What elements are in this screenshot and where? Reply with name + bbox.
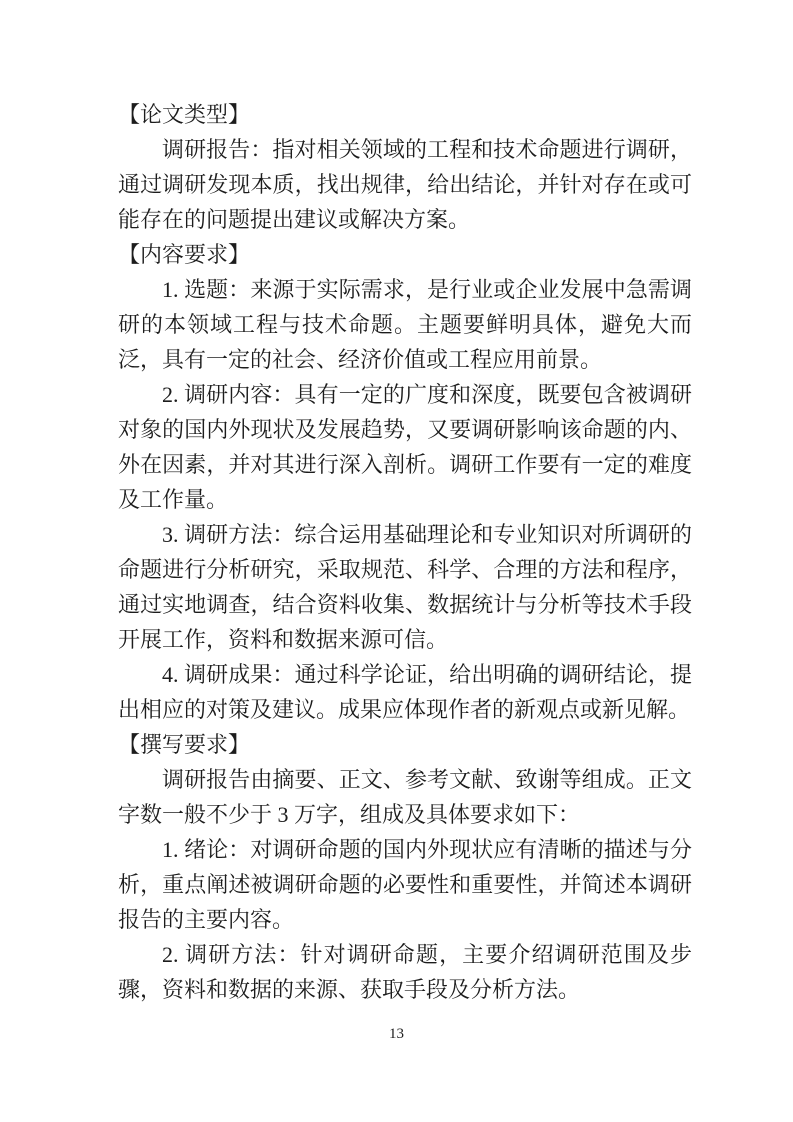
- section-heading-writing-requirements: 【撰写要求】: [118, 727, 692, 762]
- paragraph-report-composition: 调研报告由摘要、正文、参考文献、致谢等组成。正文字数一般不少于 3 万字，组成及…: [118, 762, 692, 832]
- section-heading-paper-type: 【论文类型】: [118, 97, 692, 132]
- document-content: 【论文类型】 调研报告：指对相关领域的工程和技术命题进行调研，通过调研发现本质，…: [118, 97, 692, 1007]
- paragraph-survey-content: 2. 调研内容：具有一定的广度和深度，既要包含被调研对象的国内外现状及发展趋势，…: [118, 377, 692, 517]
- paragraph-survey-method: 3. 调研方法：综合运用基础理论和专业知识对所调研的命题进行分析研究，采取规范、…: [118, 517, 692, 657]
- paragraph-topic-selection: 1. 选题：来源于实际需求，是行业或企业发展中急需调研的本领域工程与技术命题。主…: [118, 272, 692, 377]
- paragraph-survey-results: 4. 调研成果：通过科学论证，给出明确的调研结论，提出相应的对策及建议。成果应体…: [118, 657, 692, 727]
- document-page: 【论文类型】 调研报告：指对相关领域的工程和技术命题进行调研，通过调研发现本质，…: [0, 0, 793, 1122]
- paragraph-introduction-chapter: 1. 绪论：对调研命题的国内外现状应有清晰的描述与分析，重点阐述被调研命题的必要…: [118, 832, 692, 937]
- paragraph-method-chapter: 2. 调研方法：针对调研命题，主要介绍调研范围及步骤，资料和数据的来源、获取手段…: [118, 937, 692, 1007]
- section-heading-content-requirements: 【内容要求】: [118, 237, 692, 272]
- page-number: 13: [0, 1024, 793, 1044]
- paragraph-survey-report-intro: 调研报告：指对相关领域的工程和技术命题进行调研，通过调研发现本质，找出规律，给出…: [118, 132, 692, 237]
